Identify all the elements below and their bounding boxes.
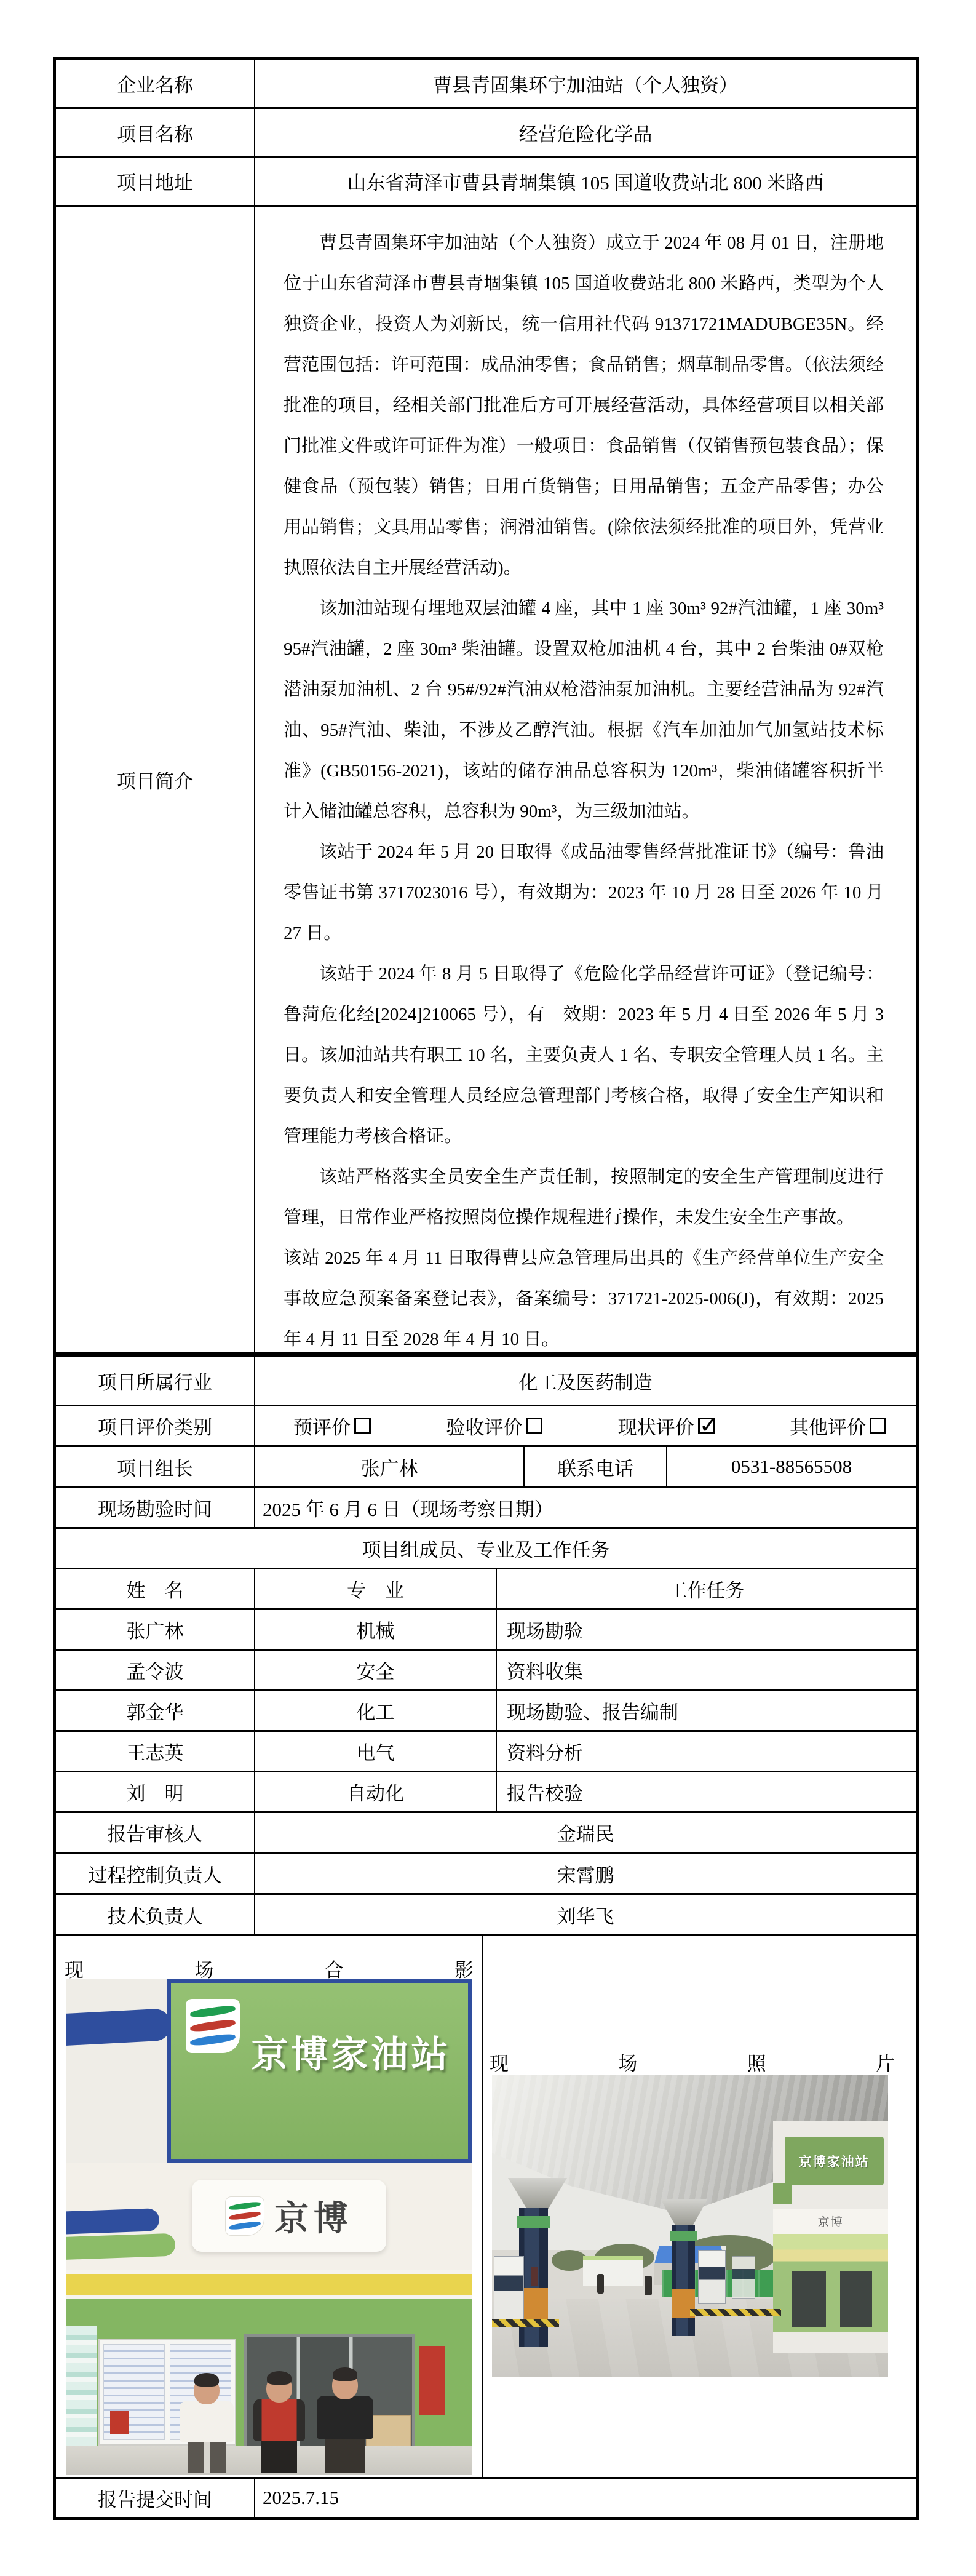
row-team-header: 项目组成员、专业及工作任务 (56, 1529, 916, 1569)
member-task: 资料收集 (497, 1651, 916, 1689)
member-major: 电气 (255, 1732, 497, 1771)
survey-label: 现场勘验时间 (56, 1488, 255, 1527)
phone-label: 联系电话 (525, 1447, 667, 1486)
project-label: 项目名称 (56, 109, 255, 156)
eval-option-label: 其他评价 (790, 1412, 866, 1440)
eval-option-acceptance: 验收评价 (446, 1412, 542, 1440)
hazard-stripe (492, 2319, 559, 2327)
member-name: 张广林 (56, 1610, 255, 1649)
blue-band (66, 2008, 172, 2046)
row-photos: 现场合影 京博家油站 京博 (56, 1936, 916, 2479)
group-photo-cell: 现场合影 京博家油站 京博 (56, 1936, 483, 2477)
person-figure (317, 2371, 373, 2473)
checkbox-checked-icon (698, 1418, 715, 1434)
row-summary: 项目简介 曹县青固集环宇加油站（个人独资）成立于 2024 年 08 月 01 … (56, 207, 916, 1357)
jingbo-flag-logo (225, 2196, 264, 2236)
row-leader: 项目组长 张广林 联系电话 0531-88565508 (56, 1447, 916, 1488)
checkbox-icon (354, 1418, 371, 1434)
station-sign-board: 京博家油站 (167, 1979, 472, 2163)
table-row-member: 郭金华 化工 现场勘验、报告编制 (56, 1691, 916, 1732)
row-tech-lead: 技术负责人 刘华飞 (56, 1895, 916, 1936)
canopy-photo: 京博家油站 京博 (492, 2075, 888, 2377)
jingbo-flag-logo (186, 1999, 240, 2053)
member-task: 现场勘验 (497, 1610, 916, 1649)
store-fascia-brand: 京博 (773, 2209, 888, 2235)
summary-paragraph: 该站 2025 年 4 月 11 日取得曹县应急管理局出具的《生产经营单位生产安… (284, 1238, 884, 1360)
row-eval-category: 项目评价类别 预评价 验收评价 现状评价 其他评价 (56, 1406, 916, 1447)
report-page: 企业名称 曹县青固集环宇加油站（个人独资） 项目名称 经营危险化学品 项目地址 … (0, 0, 976, 2576)
table-row-member: 张广林 机械 现场勘验 (56, 1610, 916, 1651)
industry-value: 化工及医药制造 (255, 1357, 916, 1405)
process-control-label: 过程控制负责人 (56, 1854, 255, 1893)
member-major: 安全 (255, 1651, 497, 1689)
survey-value: 2025 年 6 月 6 日（现场考察日期） (255, 1488, 916, 1527)
station-sign-text: 京博家油站 (251, 2025, 451, 2078)
station-store: 京博家油站 京博 (773, 2121, 888, 2353)
member-name: 王志英 (56, 1732, 255, 1771)
canopy-column (672, 2225, 694, 2336)
summary-paragraph: 该站严格落实全员安全生产责任制，按照制定的安全生产管理制度进行管理，日常作业严格… (284, 1157, 884, 1238)
leader-label: 项目组长 (56, 1447, 255, 1486)
member-name: 刘 明 (56, 1772, 255, 1811)
eval-option-label: 验收评价 (446, 1412, 522, 1440)
brand-text: 京博 (274, 2191, 353, 2241)
reviewer-value: 金瑞民 (255, 1813, 916, 1852)
person-figure (645, 2276, 652, 2295)
site-photo-title: 现场照片 (490, 2048, 895, 2076)
row-process-control: 过程控制负责人 宋霄鹏 (56, 1854, 916, 1895)
tech-lead-label: 技术负责人 (56, 1895, 255, 1934)
process-control-value: 宋霄鹏 (255, 1854, 916, 1893)
storefront-photo: 京博家油站 京博 (66, 1979, 472, 2475)
eval-option-pre: 预评价 (293, 1412, 371, 1440)
hazard-stripe (690, 2309, 781, 2316)
col-header-name: 姓 名 (56, 1569, 255, 1608)
person-figure (531, 2267, 538, 2286)
member-task: 报告校验 (497, 1772, 916, 1811)
col-header-task: 工作任务 (497, 1569, 916, 1608)
vending-machine (419, 2346, 445, 2415)
member-name: 孟令波 (56, 1651, 255, 1689)
phone-value: 0531-88565508 (667, 1447, 916, 1486)
person-figure (180, 2376, 234, 2473)
row-team-columns: 姓 名 专 业 工作任务 (56, 1569, 916, 1610)
member-major: 自动化 (255, 1772, 497, 1811)
table-row-member: 孟令波 安全 资料收集 (56, 1651, 916, 1691)
summary-text: 曹县青固集环宇加油站（个人独资）成立于 2024 年 08 月 01 日，注册地… (255, 207, 916, 1352)
blue-stripe (66, 2208, 159, 2235)
column-capital (661, 2199, 708, 2228)
row-survey-time: 现场勘验时间 2025 年 6 月 6 日（现场考察日期） (56, 1488, 916, 1529)
row-reviewer: 报告审核人 金瑞民 (56, 1813, 916, 1854)
checkbox-icon (526, 1418, 542, 1434)
row-project: 项目名称 经营危险化学品 (56, 109, 916, 158)
company-label: 企业名称 (56, 60, 255, 107)
store-side-sign (773, 2183, 792, 2204)
summary-paragraph: 该加油站现有埋地双层油罐 4 座，其中 1 座 30m³ 92#汽油罐，1 座 … (284, 588, 884, 832)
project-value: 经营危险化学品 (255, 109, 916, 156)
member-name: 郭金华 (56, 1691, 255, 1730)
fuel-dispenser (732, 2256, 756, 2299)
eval-label: 项目评价类别 (56, 1406, 255, 1445)
summary-paragraph: 该站于 2024 年 8 月 5 日取得了《危险化学品经营许可证》（登记编号：鲁… (284, 954, 884, 1157)
checkbox-icon (870, 1418, 886, 1434)
submit-value: 2025.7.15 (255, 2479, 916, 2517)
store-sign: 京博家油站 (785, 2137, 884, 2185)
site-photo-cell: 现场照片 京博家油站 京博 (483, 1936, 916, 2477)
company-value: 曹县青固集环宇加油站（个人独资） (255, 60, 916, 107)
member-major: 化工 (255, 1691, 497, 1730)
row-address: 项目地址 山东省菏泽市曹县青堌集镇 105 国道收费站北 800 米路西 (56, 158, 916, 207)
eval-option-status: 现状评价 (618, 1412, 715, 1440)
person-figure (597, 2274, 605, 2294)
leader-name: 张广林 (255, 1447, 525, 1486)
col-header-major: 专 业 (255, 1569, 497, 1608)
summary-paragraph: 该站于 2024 年 5 月 20 日取得《成品油零售经营批准证书》（编号：鲁油… (284, 832, 884, 954)
row-industry: 项目所属行业 化工及医药制造 (56, 1357, 916, 1406)
person-figure (253, 2374, 305, 2473)
kiosk-building (583, 2256, 643, 2286)
eval-option-other: 其他评价 (790, 1412, 886, 1440)
member-task: 现场勘验、报告编制 (497, 1691, 916, 1730)
column-capital (508, 2178, 568, 2211)
yellow-band (66, 2270, 472, 2299)
submit-label: 报告提交时间 (56, 2479, 255, 2517)
group-photo-title: 现场合影 (65, 1955, 474, 1982)
tech-lead-value: 刘华飞 (255, 1895, 916, 1934)
store-window (792, 2271, 826, 2328)
member-major: 机械 (255, 1610, 497, 1649)
address-label: 项目地址 (56, 158, 255, 205)
eval-option-label: 现状评价 (618, 1412, 694, 1440)
reviewer-label: 报告审核人 (56, 1813, 255, 1852)
project-info-table: 企业名称 曹县青固集环宇加油站（个人独资） 项目名称 经营危险化学品 项目地址 … (53, 57, 919, 2520)
fuel-dispenser (698, 2250, 726, 2304)
store-wall (773, 2234, 888, 2331)
eval-options: 预评价 验收评价 现状评价 其他评价 (255, 1406, 916, 1445)
table-row-member: 王志英 电气 资料分析 (56, 1732, 916, 1772)
summary-paragraph: 曹县青固集环宇加油站（个人独资）成立于 2024 年 08 月 01 日，注册地… (284, 223, 884, 588)
summary-label: 项目简介 (56, 207, 255, 1352)
brand-panel: 京博 (192, 2180, 387, 2252)
poster-red-block (110, 2411, 129, 2433)
fuel-dispenser (494, 2256, 523, 2319)
member-task: 资料分析 (497, 1732, 916, 1771)
table-row-member: 刘 明 自动化 报告校验 (56, 1772, 916, 1813)
industry-label: 项目所属行业 (56, 1357, 255, 1405)
eval-option-label: 预评价 (293, 1412, 351, 1440)
row-company: 企业名称 曹县青固集环宇加油站（个人独资） (56, 60, 916, 109)
green-stripe (66, 2233, 176, 2260)
tree (552, 2250, 587, 2271)
address-value: 山东省菏泽市曹县青堌集镇 105 国道收费站北 800 米路西 (255, 158, 916, 205)
team-header: 项目组成员、专业及工作任务 (56, 1529, 916, 1568)
store-window (840, 2271, 872, 2328)
row-submit-time: 报告提交时间 2025.7.15 (56, 2479, 916, 2517)
